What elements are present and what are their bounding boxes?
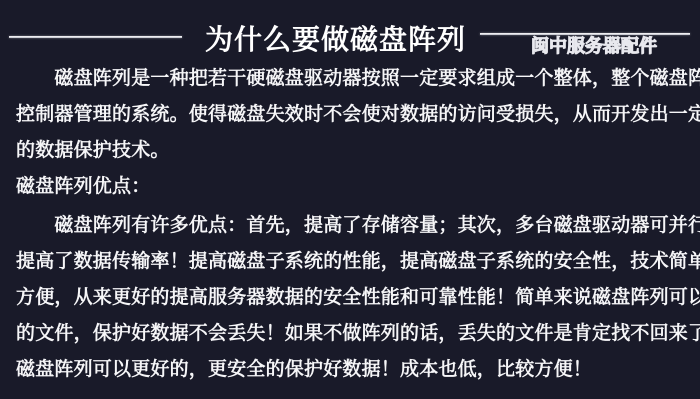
slide: 为什么要做磁盘阵列 闽中服务器配件 磁盘阵列是一种把若干硬磁盘驱动器按照一定要求… <box>0 0 700 399</box>
advantages-paragraph: 磁盘阵列有许多优点：首先，提高了存储容量；其次，多台磁盘驱动器可并行工作 提高了… <box>16 207 696 387</box>
advantages-line: 的文件，保护好数据不会丢失！如果不做阵列的话，丢失的文件是肯定找不回来了！所以 <box>16 315 696 351</box>
title-divider-left <box>9 36 182 38</box>
advantages-line: 磁盘阵列可以更好的，更安全的保护好数据！成本也低，比较方便！ <box>16 351 696 387</box>
intro-line: 磁盘阵列是一种把若干硬磁盘驱动器按照一定要求组成一个整体，整个磁盘阵列由阵列 <box>16 60 696 96</box>
intro-paragraph: 磁盘阵列是一种把若干硬磁盘驱动器按照一定要求组成一个整体，整个磁盘阵列由阵列 控… <box>16 60 696 168</box>
advantages-line: 磁盘阵列有许多优点：首先，提高了存储容量；其次，多台磁盘驱动器可并行工作 <box>16 207 696 243</box>
intro-line: 的数据保护技术。 <box>16 132 696 168</box>
advantages-heading-text: 磁盘阵列优点： <box>16 168 696 204</box>
advantages-line: 提高了数据传输率！提高磁盘子系统的性能，提高磁盘子系统的安全性，技术简单管理 <box>16 243 696 279</box>
page-title: 为什么要做磁盘阵列 <box>205 18 466 58</box>
advantages-line: 方便，从来更好的提高服务器数据的安全性能和可靠性能！简单来说磁盘阵列可以找回丢失 <box>16 279 696 315</box>
intro-line: 控制器管理的系统。使得磁盘失效时不会使对数据的访问受损失，从而开发出一定水平 <box>16 96 696 132</box>
watermark: 闽中服务器配件 <box>531 32 657 58</box>
advantages-heading: 磁盘阵列优点： <box>16 168 696 204</box>
